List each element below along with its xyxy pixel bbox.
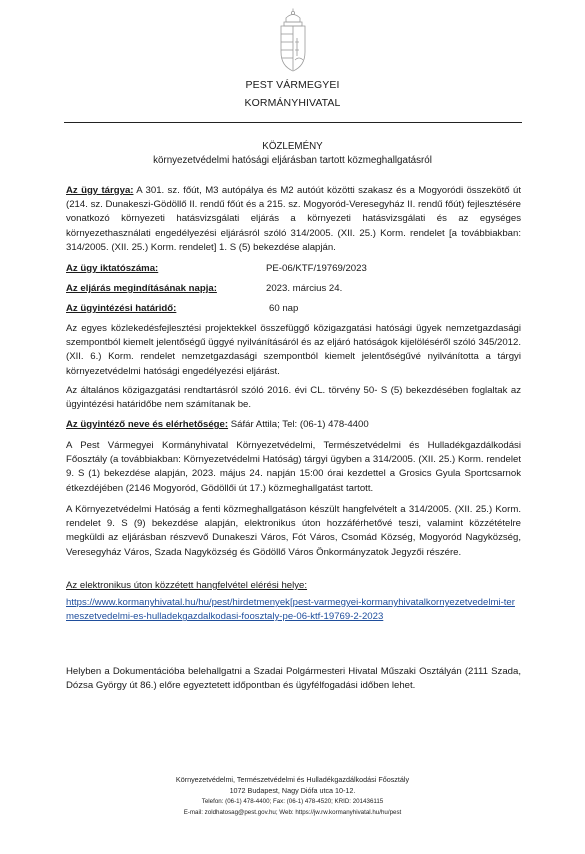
- priority-paragraph: Az egyes közlekedésfejlesztési projektek…: [66, 322, 521, 379]
- footer-phone: Telefon: (06-1) 478-4400; Fax: (06-1) 47…: [0, 798, 585, 805]
- notice-subtitle: környezetvédelmi hatósági eljárásban tar…: [0, 155, 585, 166]
- field-value: 60 nap: [269, 302, 298, 316]
- footer-contact: E-mail: zoldhatosag@pest.gov.hu; Web: ht…: [0, 809, 585, 816]
- recording-link-label: Az elektronikus úton közzétett hangfelvé…: [66, 579, 521, 593]
- recording-link-container: https://www.kormanyhivatal.hu/hu/pest/hi…: [66, 596, 521, 624]
- field-label: Az ügy iktatószáma:: [66, 263, 158, 274]
- hearing-paragraph: A Pest Vármegyei Kormányhivatal Környeze…: [66, 439, 521, 496]
- field-value: 2023. március 24.: [266, 282, 342, 296]
- notice-title: KÖZLEMÉNY: [0, 141, 585, 152]
- field-row-case-number: Az ügy iktatószáma: PE-06/KTF/19769/2023: [66, 262, 158, 276]
- case-subject-text: A 301. sz. főút, M3 autópálya és M2 autó…: [66, 185, 521, 253]
- case-subject-paragraph: Az ügy tárgya: A 301. sz. főút, M3 autóp…: [66, 184, 521, 255]
- contact-value: Sáfár Attila; Tel: (06-1) 478-4400: [228, 419, 369, 430]
- field-label: Az eljárás megindításának napja:: [66, 283, 217, 294]
- hungarian-coat-of-arms-icon: [276, 8, 310, 74]
- case-subject-label: Az ügy tárgya:: [66, 185, 133, 196]
- footer-address: 1072 Budapest, Nagy Diófa utca 10-12.: [0, 786, 585, 795]
- footer-department: Környezetvédelmi, Természetvédelmi és Hu…: [0, 775, 585, 784]
- field-row-deadline: Az ügyintézési határidő: 60 nap: [66, 302, 176, 316]
- org-name-line1: PEST VÁRMEGYEI: [0, 79, 585, 91]
- document-page: PEST VÁRMEGYEI KORMÁNYHIVATAL KÖZLEMÉNY …: [0, 0, 585, 854]
- deadline-paragraph: Az általános közigazgatási rendtartásról…: [66, 384, 521, 412]
- field-label: Az ügyintézési határidő:: [66, 303, 176, 314]
- contact-paragraph: Az ügyintéző neve és elérhetősége: Sáfár…: [66, 418, 521, 432]
- header-divider: [64, 122, 522, 123]
- field-row-start-date: Az eljárás megindításának napja: 2023. m…: [66, 282, 217, 296]
- field-value: PE-06/KTF/19769/2023: [266, 262, 367, 276]
- onsite-listening-paragraph: Helyben a Dokumentációba belehallgatni a…: [66, 665, 521, 693]
- contact-label: Az ügyintéző neve és elérhetősége:: [66, 419, 228, 430]
- recording-link[interactable]: https://www.kormanyhivatal.hu/hu/pest/hi…: [66, 597, 515, 622]
- recording-paragraph: A Környezetvédelmi Hatóság a fenti közme…: [66, 503, 521, 560]
- org-name-line2: KORMÁNYHIVATAL: [0, 97, 585, 109]
